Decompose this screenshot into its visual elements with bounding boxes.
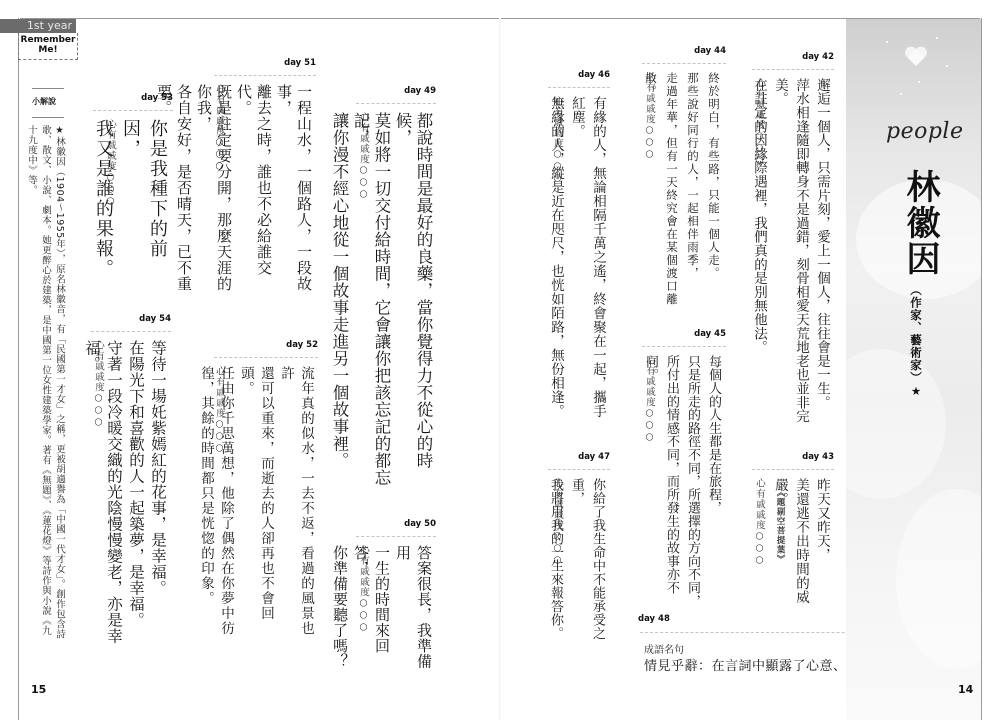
entry-text: 答案很長，我準備用 一生的時間來回答， 你準備要聽了嗎？ — [329, 545, 434, 669]
side-note-heading: 小解說 — [32, 88, 64, 118]
left-page-edge — [18, 18, 19, 720]
entry-line: 還可以重來，而逝去的人卻再也不會回頭。 — [236, 366, 276, 640]
entry-day-42: day 42 邂逅一個人，只需片刻，愛上一個人，往往會是一生。 萍水相逢隨即轉身… — [752, 52, 834, 432]
entry-day-52: day 52 流年真的似水，一去不返，看過的風景也許 還可以重來，而逝去的人卻再… — [214, 340, 318, 640]
sparkle — [900, 93, 902, 95]
mood-rating: 心有戚戚度○○○ — [91, 340, 105, 429]
entry-line: 萍水相逢隨即轉身不是過錯，刻骨相愛天荒地老也並非完美。 — [769, 78, 811, 432]
person-role: （作家、藝術家）★ — [908, 284, 924, 399]
mood-rating: 心有戚戚度○○○ — [103, 119, 117, 208]
entry-line: 離去之時，誰也不必給誰交代。 — [234, 84, 274, 298]
entry-line: 等待一場奼紫嫣紅的花事，是幸福。 — [147, 340, 169, 654]
entry-line: 都說時間是最好的良藥，當你覺得力不從心的時候， — [392, 112, 434, 486]
people-label: people — [886, 119, 964, 144]
sparkle — [886, 41, 888, 43]
dashed-rule — [752, 69, 834, 70]
entry-day-43: day 43 昨天又昨天， 美還逃不出時間的威嚴。 《題剔空菩提葉》 心有戚戚度… — [752, 452, 834, 622]
entry-day-54: day 54 等待一場奼紫嫣紅的花事，是幸福。 在陽光下和喜歡的人一起築夢，是幸… — [91, 314, 171, 654]
entry-line: 那些說好同行的人，一起相伴雨季， — [682, 72, 703, 326]
page-number-left: 15 — [31, 683, 46, 696]
right-page-edge — [981, 18, 982, 720]
heart-icon — [904, 47, 928, 69]
sparkle — [918, 81, 920, 83]
dashed-rule — [548, 87, 610, 88]
dashed-rule — [214, 357, 318, 358]
book-spread: 1st year Remember Me! 小解說 ★林徽因（1904～1955… — [0, 0, 1000, 720]
mood-rating: 心有戚戚度○○○ — [356, 545, 370, 634]
entry-day-45: day 45 每個人的人生都是在旅程， 只是所走的路徑不同，所選擇的方向不同， … — [642, 329, 726, 609]
mood-rating: 心有戚戚度○○○ — [752, 478, 766, 567]
person-name: 林徽因 — [896, 169, 945, 277]
mood-rating: 心有戚戚度○○○ — [356, 112, 370, 201]
day-label: day 54 — [139, 314, 171, 324]
entry-line: 每個人的人生都是在旅程， — [703, 355, 724, 609]
entry-line: 你給了我生命中不能承受之重， — [566, 478, 608, 642]
dashed-rule — [356, 103, 436, 104]
entry-day-44: day 44 終於明白，有些路，只能一個人走。 那些說好同行的人，一起相伴雨季，… — [642, 46, 726, 326]
day-label: day 48 — [638, 614, 670, 624]
page-number-right: 14 — [958, 683, 973, 696]
entry-day-47: day 47 你給了我生命中不能承受之重， 我將用我的一生來報答你。 心有戚戚度… — [548, 452, 610, 642]
source-title: 《題剔空菩提葉》 — [774, 488, 786, 564]
entry-text: 一程山水，一個路人，一段故事， 離去之時，誰也不必給誰交代。 既是註定要分開，那… — [154, 84, 314, 298]
page-gutter — [499, 18, 501, 720]
mood-rating: 心有戚戚度○○○ — [212, 366, 226, 455]
day-label: day 43 — [802, 452, 834, 462]
series-title: Remember Me! — [18, 33, 78, 60]
dashed-rule — [642, 63, 726, 64]
entry-line: 你準備要聽了嗎？ — [329, 545, 350, 669]
sparkle — [936, 37, 938, 39]
year-tab: 1st year — [0, 19, 76, 33]
entry-line: 一程山水，一個路人，一段故事， — [274, 84, 314, 298]
day-label: day 47 — [578, 452, 610, 462]
day-label: day 50 — [404, 519, 436, 529]
entry-day-46: day 46 有緣的人，無論相隔千萬之遙，終會聚在一起，攜手紅塵。 無緣的人，縱… — [548, 70, 610, 430]
people-banner: people 林徽因 （作家、藝術家）★ — [846, 19, 981, 720]
mood-rating: 心有戚戚度○○○ — [550, 478, 564, 567]
entry-day-49: day 49 都說時間是最好的良藥，當你覺得力不從心的時候， 莫如將一切交付給時… — [356, 86, 436, 486]
entry-day-48: day 48 — [638, 614, 698, 628]
entry-line: 各自安好，是否晴天，已不重要。 — [154, 84, 194, 298]
day-label: day 52 — [286, 340, 318, 350]
entry-line: 答案很長，我準備用 — [392, 545, 434, 669]
dashed-rule — [356, 536, 436, 537]
bokeh-glow — [846, 349, 946, 499]
mood-rating: 心有戚戚度○○○ — [752, 78, 766, 167]
entry-line: 在陽光下和喜歡的人一起築夢，是幸福。 — [125, 340, 147, 654]
entry-line: 昨天又昨天， — [811, 478, 832, 622]
idiom-label: 成語名句 — [644, 641, 684, 656]
dashed-rule — [91, 331, 171, 332]
entry-line: 讓你漫不經心地從一個故事走進另一個故事裡。 — [329, 112, 350, 486]
dashed-rule — [642, 346, 726, 347]
bokeh-glow — [896, 489, 981, 669]
dashed-rule — [214, 75, 316, 76]
entry-day-50: day 50 答案很長，我準備用 一生的時間來回答， 你準備要聽了嗎？ 心有戚戚… — [356, 519, 436, 669]
mood-rating: 心有戚戚度○○○ — [212, 84, 226, 173]
entry-line: 有緣的人，無論相隔千萬之遙，終會聚在一起，攜手紅塵。 — [566, 96, 608, 430]
day-label: day 45 — [694, 329, 726, 339]
entry-line: 流年真的似水，一去不返，看過的風景也許 — [276, 366, 316, 640]
entry-day-51: day 51 一程山水，一個路人，一段故事， 離去之時，誰也不必給誰交代。 既是… — [214, 58, 316, 298]
entry-text: 都說時間是最好的良藥，當你覺得力不從心的時候， 莫如將一切交付給時間，它會讓你把… — [329, 112, 434, 486]
sparkle — [946, 65, 948, 67]
mood-rating: 心有戚戚度○○○ — [642, 355, 656, 444]
entry-line: 邂逅一個人，只需片刻，愛上一個人，往往會是一生。 — [811, 78, 832, 432]
side-note-text: ★林徽因（1904～1955年），原名林徽音，有「民國第一才女」之稱，更被胡適譽… — [24, 125, 66, 645]
mood-rating: 心有戚戚度○○○ — [550, 96, 564, 185]
entry-line: 只是所走的路徑不同，所選擇的方向不同， — [682, 355, 703, 609]
day-label: day 51 — [284, 58, 316, 68]
day-label: day 44 — [694, 46, 726, 56]
day-label: day 46 — [578, 70, 610, 80]
dashed-rule — [548, 469, 610, 470]
entry-line: 終於明白，有些路，只能一個人走。 — [703, 72, 724, 326]
mood-rating: 心有戚戚度○○○ — [642, 72, 656, 161]
dashed-rule — [752, 469, 834, 470]
day-label: day 49 — [404, 86, 436, 96]
day-label: day 42 — [802, 52, 834, 62]
